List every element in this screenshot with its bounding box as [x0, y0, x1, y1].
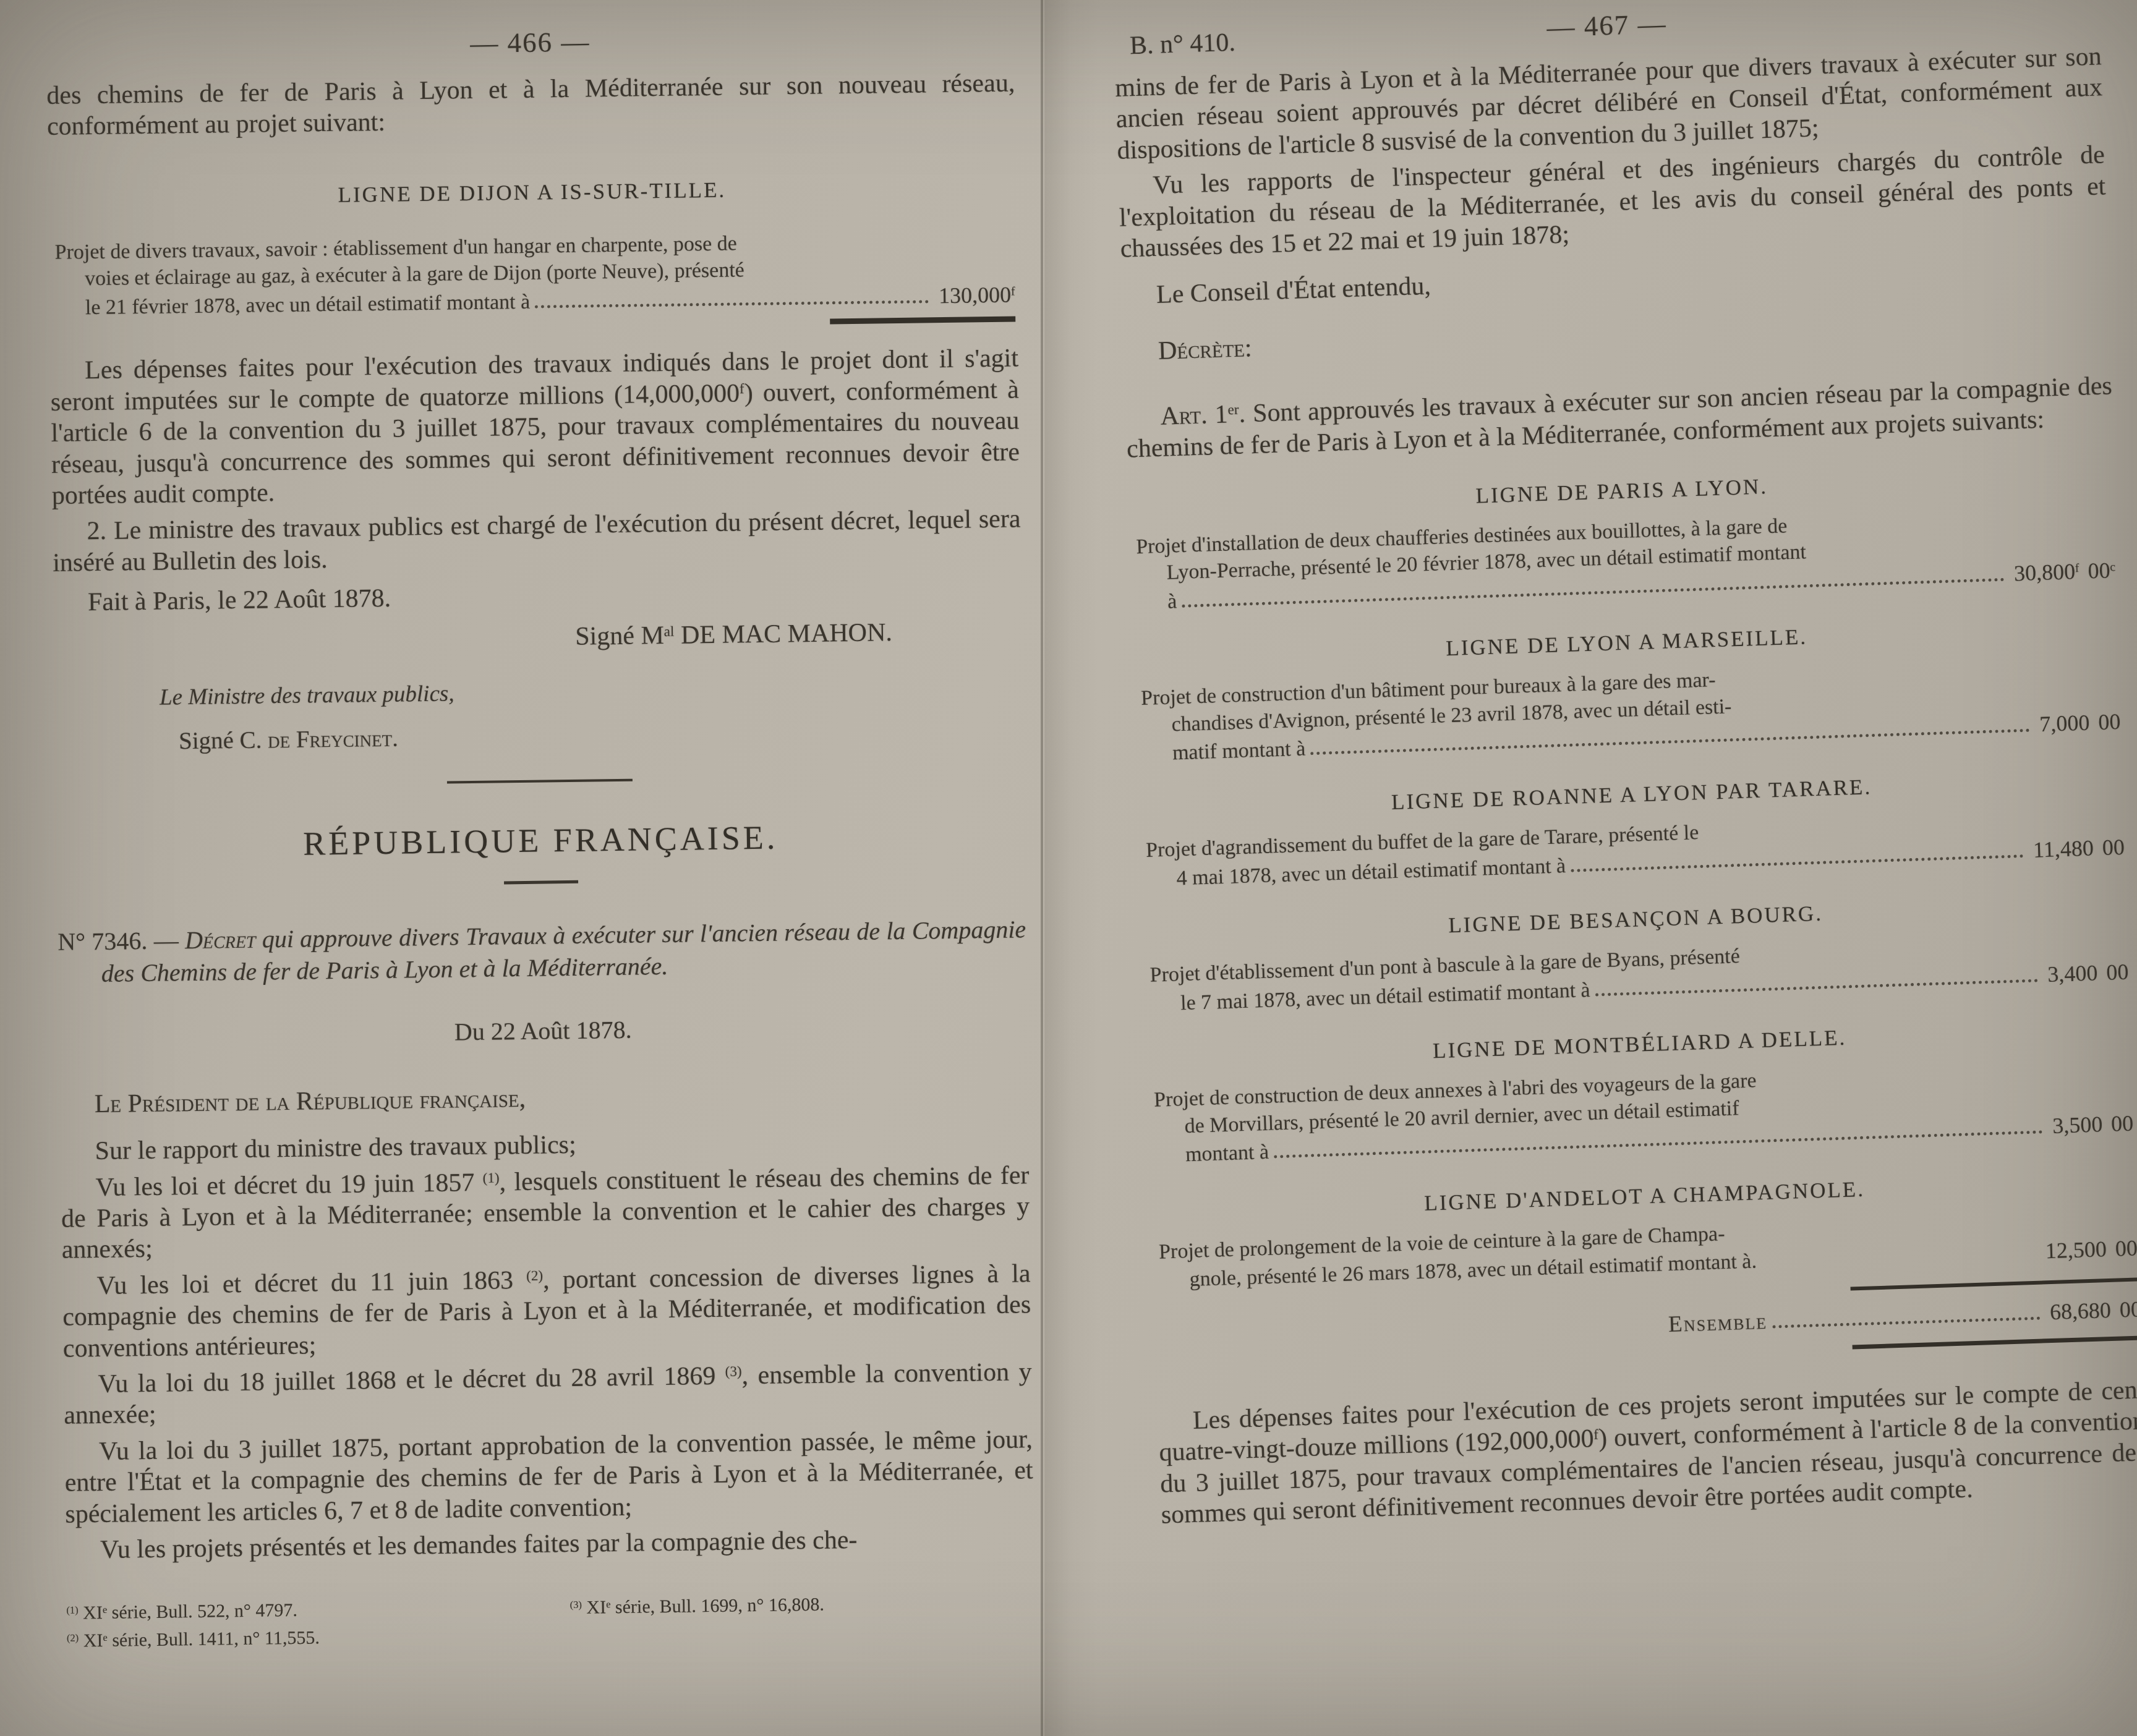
- depenses-paragraph: Les dépenses faites pour l'exécution des…: [50, 343, 1020, 511]
- page-gutter-shadow: [1044, 0, 1112, 1736]
- rapport-line: Sur le rapport du ministre des travaux p…: [60, 1124, 1029, 1168]
- decrete-line: Décrète:: [1123, 305, 2110, 368]
- footnote-3: (3) XIe série, Bull. 1699, n° 16,808.: [569, 1588, 1034, 1622]
- footnote-column-1: (1) XIe série, Bull. 522, n° 4797. (2) X…: [66, 1593, 570, 1655]
- project-amount: 11,48000: [2032, 832, 2125, 864]
- amount-rule: [830, 317, 1015, 325]
- dot-leader: [1571, 854, 2023, 872]
- heading-ligne-dijon: LIGNE DE DIJON A IS-SUR-TILLE.: [48, 173, 1016, 211]
- separator-rule: [447, 779, 633, 784]
- page-edge-line: [1041, 0, 1043, 1736]
- project-lastline: à: [1167, 588, 1177, 615]
- project-lastline: matif montant à: [1172, 736, 1306, 767]
- dot-leader: [1182, 578, 2004, 608]
- project-lastline: montant à: [1185, 1139, 1269, 1168]
- intro-paragraph: des chemins de fer de Paris à Lyon et à …: [46, 67, 1015, 142]
- project-entry-dijon-lastline: le 21 février 1878, avec un détail estim…: [85, 289, 531, 321]
- project-amount: 30,800f00c: [2013, 556, 2116, 587]
- decree-date: Du 22 Août 1878.: [59, 1010, 1027, 1052]
- dot-leader: [1595, 979, 2038, 996]
- vu-1868: Vu la loi du 18 juillet 1868 et le décre…: [63, 1356, 1032, 1431]
- project-amount: 12,50000: [2045, 1234, 2137, 1266]
- article-1: Art. 1er. Sont approuvés les travaux à e…: [1125, 370, 2114, 464]
- small-separator-rule: [504, 880, 578, 885]
- project-entry-paris-lyon: Projet d'installation de deux chaufferie…: [1136, 502, 2116, 616]
- project-entry-morvillars: Projet de construction de deux annexes à…: [1153, 1055, 2133, 1170]
- footnote-2: (2) XIe série, Bull. 1411, n° 11,555.: [67, 1620, 571, 1655]
- project-entry-dijon: Projet de divers travaux, savoir : établ…: [54, 226, 1015, 334]
- total-row: Ensemble 68,68000: [1668, 1296, 2137, 1338]
- project-entry-avignon: Projet de construction d'un bâtiment pou…: [1141, 654, 2121, 768]
- total-rule-bottom: [1853, 1335, 2137, 1349]
- dot-leader: [535, 300, 929, 308]
- project-amount: 7,00000: [2039, 707, 2121, 738]
- signature-minister: Signé C. de Freycinet.: [179, 717, 1023, 757]
- bulletin-reference: B. n° 410.: [1129, 27, 1235, 62]
- page-466-header: — 466 —: [46, 20, 1015, 72]
- spacer: [1762, 1259, 2036, 1267]
- decree-title: N° 7346. — Décret qui approuve divers Tr…: [58, 913, 1026, 990]
- total-label: Ensemble: [1668, 1308, 1768, 1339]
- footnotes: (1) XIe série, Bull. 522, n° 4797. (2) X…: [66, 1587, 1035, 1655]
- republique-heading: RÉPUBLIQUE FRANÇAISE.: [56, 814, 1025, 867]
- project-entry-dijon-amount: 130,000f: [939, 280, 1015, 310]
- footnote-column-2: (3) XIe série, Bull. 1699, n° 16,808.: [569, 1587, 1035, 1649]
- vu-1863: Vu les loi et décret du 11 juin 1863 (2)…: [62, 1258, 1031, 1364]
- page-number-466: — 466 —: [46, 20, 1015, 66]
- vu-projets: Vu les projets présentés et les demandes…: [66, 1522, 1034, 1566]
- total-rule-top: [1851, 1277, 2137, 1290]
- vu-1875: Vu la loi du 3 juillet 1875, portant app…: [64, 1424, 1034, 1530]
- fait-line: Fait à Paris, le 22 Août 1878.: [53, 574, 1022, 618]
- dot-leader: [1310, 729, 2029, 755]
- project-amount: 3,50000: [2052, 1109, 2134, 1140]
- minister-title: Le Ministre des travaux publics,: [160, 673, 1023, 712]
- vu-1857: Vu les loi et décret du 19 juin 1857 (1)…: [61, 1160, 1030, 1266]
- dot-leader: [1772, 1316, 2040, 1328]
- project-amount: 3,40000: [2047, 957, 2129, 988]
- page-467: B. n° 410. — 467 — mins de fer de Paris …: [1113, 0, 2137, 1531]
- ministre-paragraph: 2. Le ministre des travaux publics est c…: [52, 504, 1021, 579]
- book-photo: — 466 — des chemins de fer de Paris à Ly…: [0, 0, 2137, 1736]
- signature-president: Signé Mal DE MAC MAHON.: [54, 616, 1023, 660]
- page-466: — 466 — des chemins de fer de Paris à Ly…: [46, 20, 1035, 1656]
- final-paragraph: Les dépenses faites pour l'exécution de …: [1158, 1374, 2137, 1531]
- total-amount: 68,68000: [2049, 1296, 2137, 1325]
- president-line: Le Président de la République française,: [59, 1076, 1028, 1120]
- dot-leader: [1274, 1130, 2042, 1158]
